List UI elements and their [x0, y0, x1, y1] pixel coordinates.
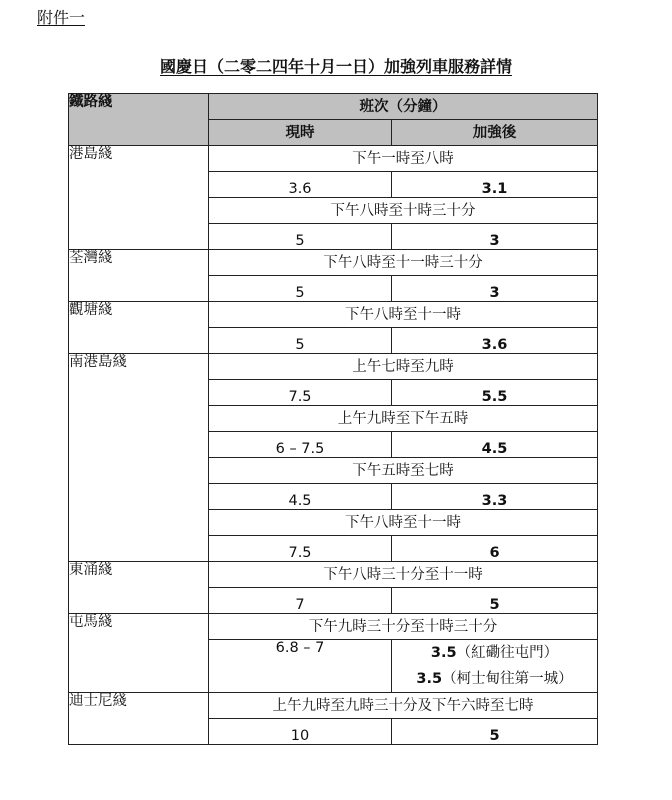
time-period: 上午七時至九時: [209, 354, 598, 380]
route-note: （紅磡往屯門）: [457, 645, 559, 661]
annex-label: 附件一: [37, 9, 85, 27]
document-title: 國慶日（二零二四年十月一日）加強列車服務詳情: [0, 57, 672, 77]
header-frequency: 班次（分鐘）: [209, 94, 598, 120]
current-frequency: 7.5: [209, 536, 392, 562]
table-row: 觀塘綫 下午八時至十一時: [69, 302, 598, 328]
route-note: （柯士甸往第一城）: [442, 671, 573, 687]
time-period: 下午九時三十分至十時三十分: [209, 614, 598, 640]
enhanced-frequency: 3: [392, 224, 598, 250]
current-frequency: 6.8 – 7: [209, 640, 392, 693]
time-period: 上午九時至九時三十分及下午六時至七時: [209, 693, 598, 719]
current-frequency: 7.5: [209, 380, 392, 406]
current-frequency: 10: [209, 719, 392, 745]
table-row: 南港島綫 上午七時至九時: [69, 354, 598, 380]
line-name: 觀塘綫: [69, 302, 209, 354]
enhanced-frequency-group: 3.5（紅磡往屯門） 3.5（柯士甸往第一城）: [392, 640, 598, 693]
table-row: 迪士尼綫 上午九時至九時三十分及下午六時至七時: [69, 693, 598, 719]
line-name: 屯馬綫: [69, 614, 209, 693]
line-name: 迪士尼綫: [69, 693, 209, 745]
table-row: 港島綫 下午一時至八時: [69, 146, 598, 172]
header-enhanced: 加強後: [392, 120, 598, 146]
enhanced-frequency: 3.5: [416, 671, 442, 687]
enhanced-frequency: 3: [392, 276, 598, 302]
time-period: 下午八時至十時三十分: [209, 198, 598, 224]
enhanced-frequency: 3.1: [392, 172, 598, 198]
table-row: 東涌綫 下午八時三十分至十一時: [69, 562, 598, 588]
enhanced-frequency-item: 3.5（柯士甸往第一城）: [392, 666, 597, 692]
table-row: 荃灣綫 下午八時至十一時三十分: [69, 250, 598, 276]
line-name: 港島綫: [69, 146, 209, 250]
enhanced-frequency: 3.6: [392, 328, 598, 354]
current-frequency: 4.5: [209, 484, 392, 510]
time-period: 下午八時三十分至十一時: [209, 562, 598, 588]
current-frequency: 5: [209, 276, 392, 302]
enhanced-frequency: 5: [392, 719, 598, 745]
time-period: 上午九時至下午五時: [209, 406, 598, 432]
current-frequency: 5: [209, 224, 392, 250]
line-name: 荃灣綫: [69, 250, 209, 302]
current-frequency: 5: [209, 328, 392, 354]
time-period: 下午八時至十一時: [209, 302, 598, 328]
line-name: 東涌綫: [69, 562, 209, 614]
current-frequency: 6 – 7.5: [209, 432, 392, 458]
time-period: 下午五時至七時: [209, 458, 598, 484]
service-table: 鐵路綫 班次（分鐘） 現時 加強後 港島綫 下午一時至八時 3.6 3.1 下午…: [68, 93, 598, 745]
header-current: 現時: [209, 120, 392, 146]
enhanced-frequency: 4.5: [392, 432, 598, 458]
enhanced-frequency: 5.5: [392, 380, 598, 406]
enhanced-frequency-item: 3.5（紅磡往屯門）: [392, 640, 597, 666]
table-row: 屯馬綫 下午九時三十分至十時三十分: [69, 614, 598, 640]
time-period: 下午八時至十一時三十分: [209, 250, 598, 276]
current-frequency: 3.6: [209, 172, 392, 198]
enhanced-frequency: 6: [392, 536, 598, 562]
enhanced-frequency: 5: [392, 588, 598, 614]
time-period: 下午一時至八時: [209, 146, 598, 172]
current-frequency: 7: [209, 588, 392, 614]
header-line: 鐵路綫: [69, 94, 209, 146]
enhanced-frequency: 3.5: [431, 645, 457, 661]
enhanced-frequency: 3.3: [392, 484, 598, 510]
time-period: 下午八時至十一時: [209, 510, 598, 536]
line-name: 南港島綫: [69, 354, 209, 562]
